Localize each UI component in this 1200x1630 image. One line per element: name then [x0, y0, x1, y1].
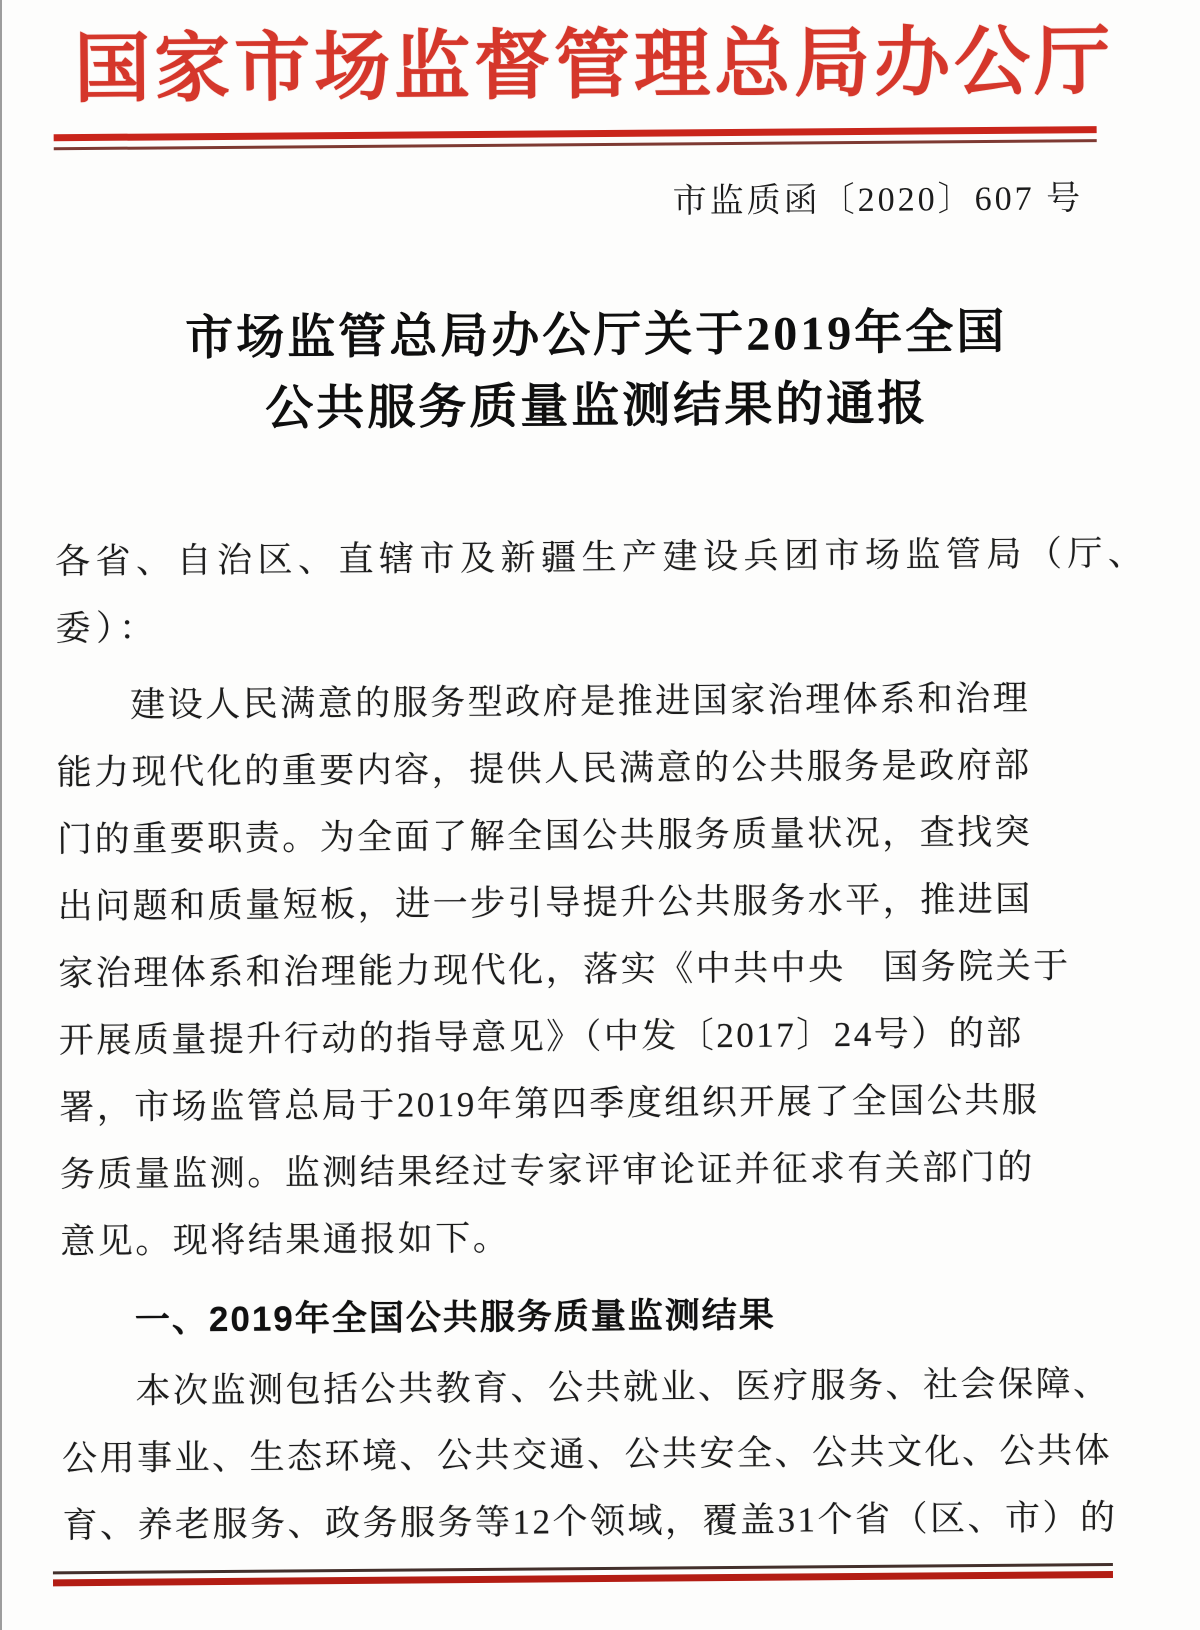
paragraph1-line-6: 开展质量提升行动的指导意见》（中发〔2017〕24号）的部 [58, 999, 1068, 1074]
letterhead-divider-thin-line [54, 139, 1097, 150]
paragraph2-line-2: 公用事业、生态环境、公共交通、公共安全、公共文化、公共体 [62, 1417, 1072, 1492]
document-body: 各省、自治区、直辖市及新疆生产建设兵团市场监管局（厅、 委）： 建设人民满意的服… [55, 520, 1073, 1559]
salutation-line-2: 委）： [55, 587, 1065, 662]
salutation-line-1: 各省、自治区、直辖市及新疆生产建设兵团市场监管局（厅、 [55, 520, 1065, 595]
document-number: 市监质函〔2020〕607 号 [672, 170, 1083, 222]
paragraph1-line-9: 意见。现将结果通报如下。 [60, 1200, 1070, 1275]
document-title: 市场监管总局办公厅关于2019年全国 公共服务质量监测结果的通报 [0, 295, 1197, 446]
paragraph1-line-5: 家治理体系和治理能力现代化，落实《中共中央 国务院关于 [58, 932, 1068, 1007]
scanned-document-page: 国家市场监督管理总局办公厅 市监质函〔2020〕607 号 市场监管总局办公厅关… [0, 0, 1200, 1630]
document-title-line-1: 市场监管总局办公厅关于2019年全国 [0, 295, 1196, 375]
paragraph1-line-2: 能力现代化的重要内容，提供人民满意的公共服务是政府部 [56, 731, 1066, 806]
paragraph1-line-4: 出问题和质量短板，进一步引导提升公共服务水平，推进国 [57, 865, 1067, 940]
paragraph2-line-3: 育、养老服务、政务服务等12个领域，覆盖31个省（区、市）的 [62, 1484, 1072, 1559]
paragraph1-line-1: 建设人民满意的服务型政府是推进国家治理体系和治理 [56, 664, 1066, 739]
document-content: 国家市场监督管理总局办公厅 市监质函〔2020〕607 号 市场监管总局办公厅关… [0, 0, 1200, 1630]
page-bottom-divider [53, 1563, 1113, 1586]
letterhead-divider-thick-line [54, 126, 1097, 141]
paragraph2-line-1: 本次监测包括公共教育、公共就业、医疗服务、社会保障、 [61, 1350, 1071, 1425]
paragraph1-line-3: 门的重要职责。为全面了解全国公共服务质量状况，查找突 [57, 798, 1067, 873]
scan-edge-artifact [0, 0, 2, 1630]
letterhead-divider [54, 126, 1097, 150]
paragraph1-line-7: 署，市场监管总局于2019年第四季度组织开展了全国公共服 [59, 1066, 1069, 1141]
page-bottom-divider-red-line [53, 1570, 1113, 1585]
letterhead-org-name: 国家市场监督管理总局办公厅 [0, 9, 1195, 122]
section1-heading: 一、2019年全国公共服务质量监测结果 [61, 1279, 1071, 1354]
paragraph1-line-8: 务质量监测。监测结果经过专家评审论证并征求有关部门的 [60, 1133, 1070, 1208]
document-title-line-2: 公共服务质量监测结果的通报 [0, 366, 1197, 446]
